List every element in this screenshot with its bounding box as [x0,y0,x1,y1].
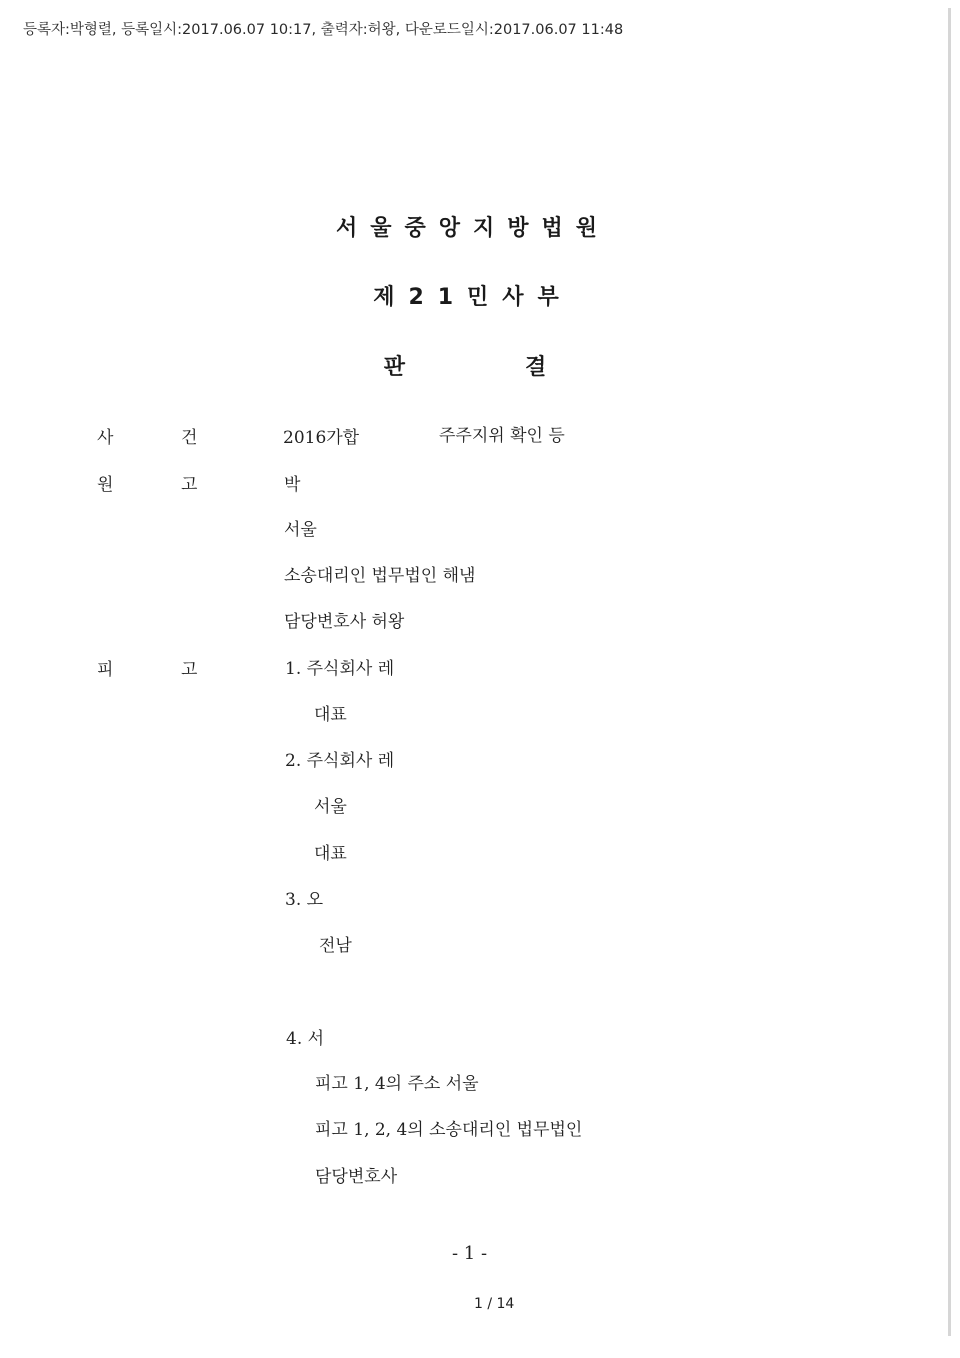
defendant-2-name: 2. 주식회사 레 [285,746,394,771]
defendant-2-representative: 대표 [314,839,347,864]
defendants-1-4-address: 피고 1, 4의 주소 서울 [315,1069,479,1094]
defendant-3-address: 전남 [319,931,352,956]
document-type-right: 결 [525,350,546,381]
defendant-2-address: 서울 [314,792,347,817]
defendant-1-name: 1. 주식회사 레 [285,654,394,679]
plaintiff-address: 서울 [284,515,317,540]
defendant-3-name: 3. 오 [285,885,323,910]
defendant-4-name: 4. 서 [286,1024,324,1049]
plaintiff-name: 박 [284,470,300,495]
court-name: 서울중앙지방법원 [0,211,938,242]
case-number: 2016가합 [283,423,359,448]
plaintiff-attorney: 담당변호사 허왕 [284,607,404,632]
document-type: 판결 [0,350,930,381]
page-count: 1 / 14 [474,1296,514,1312]
plaintiff-counsel: 소송대리인 법무법인 해냄 [284,561,475,586]
page-edge-line [948,8,951,1336]
page-marker: - 1 - [452,1243,487,1264]
court-division: 제21민사부 [0,280,938,311]
download-metadata: 등록자:박형렬, 등록일시:2017.06.07 10:17, 출력자:허왕, … [23,18,623,39]
case-title: 주주지위 확인 등 [439,421,565,446]
defendant-1-representative: 대표 [314,700,347,725]
defendants-attorney: 담당변호사 [315,1162,397,1187]
defendants-counsel: 피고 1, 2, 4의 소송대리인 법무법인 [315,1115,582,1140]
document-type-left: 판 [384,350,405,381]
